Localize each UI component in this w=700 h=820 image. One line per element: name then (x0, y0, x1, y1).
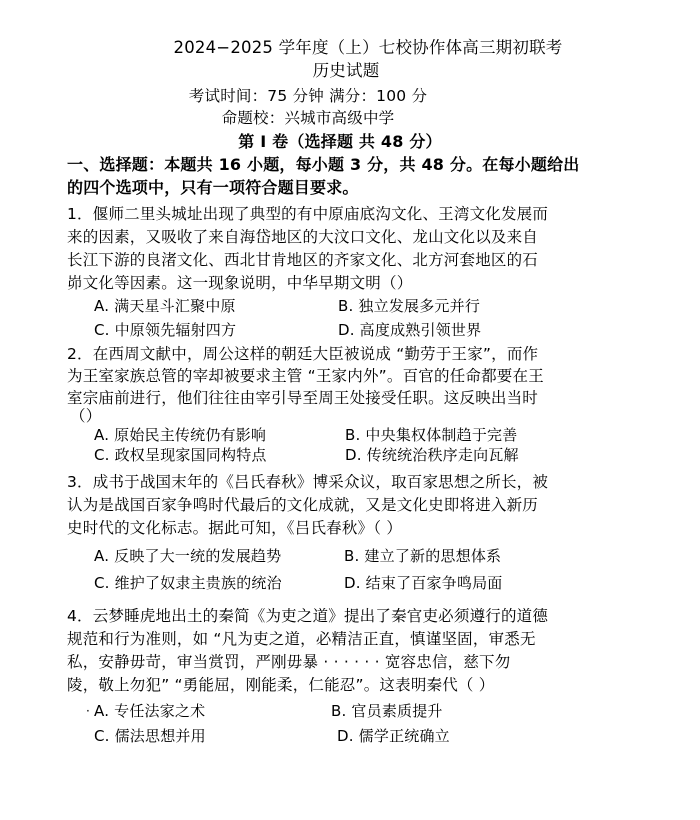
question-4-line-3: 私，安静毋苛，审当赏罚，严刚毋暴 · · · · · · 宽容忠信，慈下勿 (67, 652, 510, 672)
section-instructions-line-1: 一、选择题：本题共 16 小题，每小题 3 分，共 48 分。在每小题给出 (67, 155, 580, 175)
question-3-option-a: A. 反映了大一统的发展趋势 (94, 546, 281, 566)
question-4-option-a: A. 专任法家之术 (94, 701, 205, 721)
question-2-line-2: 为王室家族总管的宰却被要求主管 “王家内外”。百官的任命都要在王 (67, 366, 544, 386)
question-1-option-d: D. 高度成熟引领世界 (338, 320, 481, 340)
question-4-line-4: 陵，敬上勿犯” “勇能屈，刚能柔，仁能忍”。这表明秦代（ ） (67, 675, 494, 695)
question-2-line-4: （） (70, 406, 101, 426)
question-2-option-a: A. 原始民主传统仍有影响 (94, 425, 266, 445)
question-2-option-d: D. 传统统治秩序走向瓦解 (345, 445, 519, 465)
question-4-line-1: 4．云梦睡虎地出土的秦简《为吏之道》提出了秦官吏必须遵行的道德 (67, 606, 548, 626)
section-instructions-line-2: 的四个选项中，只有一项符合题目要求。 (67, 178, 359, 198)
question-4-option-b: B. 官员素质提升 (331, 701, 443, 721)
exam-page: 2024−2025 学年度（上）七校协作体高三期初联考 历史试题 考试时间：75… (0, 0, 700, 820)
section-title: 第 I 卷（选择题 共 48 分） (0, 132, 690, 152)
question-3-line-3: 史时代的文化标志。据此可知，《吕氏春秋》（ ） (67, 518, 402, 538)
question-1-option-c: C. 中原领先辐射四方 (94, 320, 236, 340)
question-2-option-b: B. 中央集权体制趋于完善 (345, 425, 517, 445)
question-2-option-c: C. 政权呈现家国同构特点 (94, 445, 267, 465)
exam-subject: 历史试题 (0, 61, 696, 81)
question-1-option-b: B. 独立发展多元并行 (338, 296, 480, 316)
question-1-option-a: A. 满天星斗汇聚中原 (94, 296, 236, 316)
question-3-option-d: D. 结束了百家争鸣局面 (344, 573, 503, 593)
question-1-line-3: 长江下游的良渚文化、西北甘肯地区的齐家文化、北方河套地区的石 (67, 250, 538, 270)
exam-school: 命题校：兴城市高级中学 (0, 108, 658, 128)
question-4-option-d: D. 儒学正统确立 (337, 726, 450, 746)
question-4-line-2: 规范和行为准则，如 “凡为吏之道，必精洁正直，慎谨坚固，审悉无 (67, 629, 536, 649)
question-1-line-4: 峁文化等因素。这一现象说明，中华早期文明（） (67, 273, 412, 293)
question-2-line-1: 2．在西周文献中，周公这样的朝廷大臣被说成 “勤劳于王家”，而作 (67, 344, 538, 364)
question-3-option-b: B. 建立了新的思想体系 (344, 546, 501, 566)
question-3-line-1: 3．成书于战国末年的《吕氏春秋》博采众议，取百家思想之所长，被 (67, 472, 548, 492)
question-1-line-1: 1．偃师二里头城址出现了典型的有中原庙底沟文化、王湾文化发展而 (67, 204, 548, 224)
question-3-option-c: C. 维护了奴隶主贵族的统治 (94, 573, 282, 593)
question-1-line-2: 来的因素，又吸收了来自海岱地区的大汶口文化、龙山文化以及来自 (67, 227, 538, 247)
bullet-dot: · (86, 701, 90, 721)
exam-info: 考试时间：75 分钟 满分：100 分 (0, 86, 658, 106)
question-4-option-c: C. 儒法思想并用 (94, 726, 206, 746)
question-2-line-3: 室宗庙前进行，他们往往由宰引导至周王处接受任职。这反映出当时 (67, 388, 538, 408)
exam-title: 2024−2025 学年度（上）七校协作体高三期初联考 (18, 38, 700, 58)
question-3-line-2: 认为是战国百家争鸣时代最后的文化成就，又是文化史即将进入新历 (67, 495, 538, 515)
